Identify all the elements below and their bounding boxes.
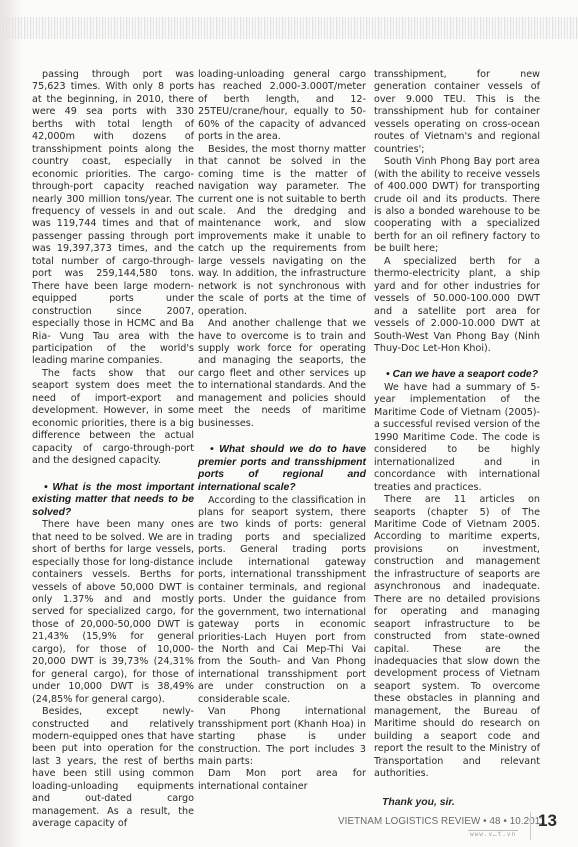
question-heading: • What should we do to have premier port… xyxy=(198,444,366,494)
paragraph: We have had a summary of 5-year implemen… xyxy=(374,382,540,494)
closing-line: Thank you, sir. xyxy=(382,797,540,809)
question-heading: • Can we have a seaport code? xyxy=(374,369,540,382)
paragraph: loading-unloading general cargo has reac… xyxy=(198,69,366,144)
paragraph: Besides, the most thorny matter that can… xyxy=(198,144,366,318)
page-number: 13 xyxy=(538,811,557,831)
question-heading: • What is the most important existing ma… xyxy=(32,482,194,520)
paragraph: transshipment, for new generation contai… xyxy=(374,69,540,156)
article-column-2: loading-unloading general cargo has reac… xyxy=(198,69,366,793)
paragraph: Dam Mon port area for international cont… xyxy=(198,768,366,793)
paragraph: The facts show that our seaport system d… xyxy=(32,368,194,468)
paragraph: There are 11 articles on seaports (chapt… xyxy=(374,494,540,780)
paragraph: passing through port was 75,623 times. W… xyxy=(32,69,194,368)
publication-footer: VIETNAM LOGISTICS REVIEW • 48 • 10.2011 xyxy=(338,816,545,827)
paragraph: There have been many ones that need to b… xyxy=(32,519,194,706)
paragraph: A specialized berth for a thermo-electri… xyxy=(374,256,540,356)
paragraph: South Vinh Phong Bay port area (with the… xyxy=(374,156,540,256)
article-column-3: transshipment, for new generation contai… xyxy=(374,69,540,809)
decorative-header-band xyxy=(0,17,578,39)
paragraph: According to the classification in plans… xyxy=(198,495,366,707)
paragraph: And another challenge that we have to ov… xyxy=(198,318,366,430)
website-url: www.v…t.vn xyxy=(468,830,518,838)
paragraph: Van Phong international transshipment po… xyxy=(198,706,366,768)
footer-divider xyxy=(530,812,531,840)
article-column-1: passing through port was 75,623 times. W… xyxy=(32,69,194,831)
paragraph: Besides, except newly-constructed and re… xyxy=(32,706,194,831)
page-gutter-shadow xyxy=(0,0,22,847)
